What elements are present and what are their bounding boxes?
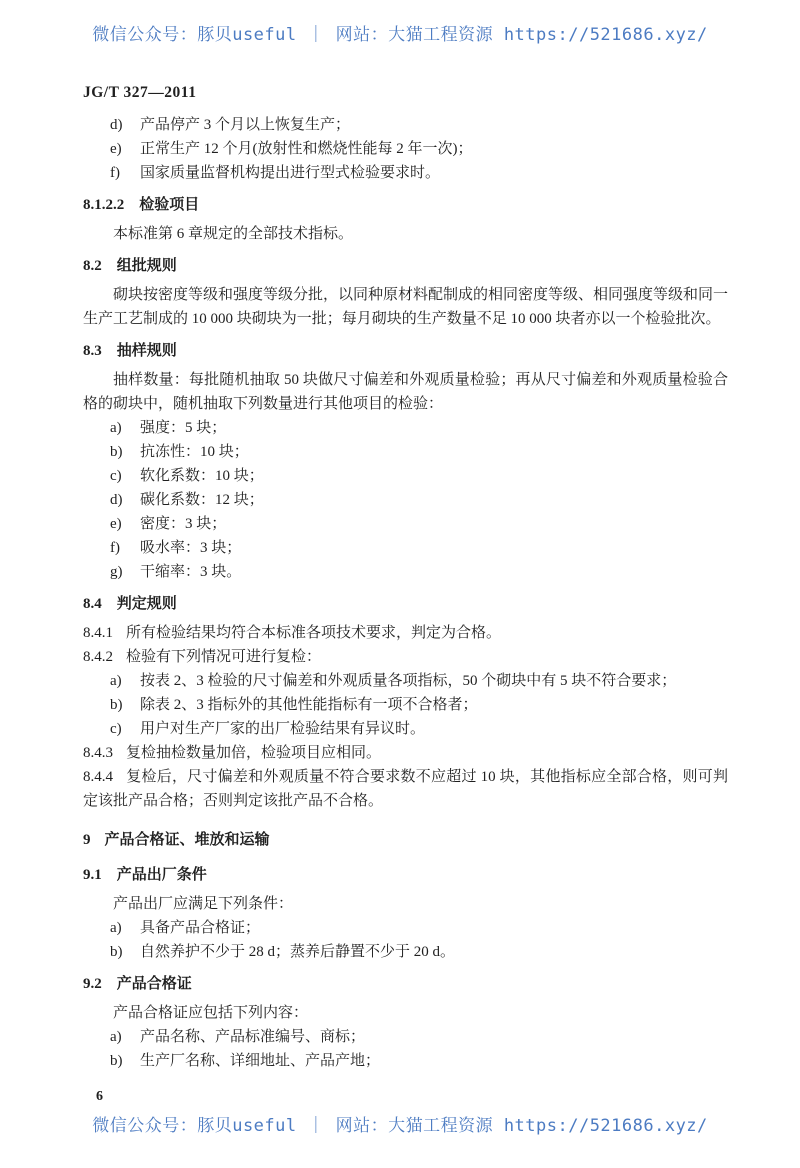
numbered-paragraph: 8.4.4复检后，尺寸偏差和外观质量不符合要求数不应超过 10 块，其他指标应全… <box>83 765 728 813</box>
text: 产品名称、产品标准编号、商标； <box>140 1029 365 1045</box>
section-number: 8.4 <box>83 596 102 612</box>
list-item: e)密度：3 块； <box>83 512 728 536</box>
item-label: a) <box>110 1025 122 1049</box>
list-item: b)抗冻性：10 块； <box>83 440 728 464</box>
text: 抗冻性：10 块； <box>140 444 249 460</box>
paragraph: 产品出厂应满足下列条件： <box>83 892 728 916</box>
document-page: 微信公众号：豚贝useful ｜ 网站：大猫工程资源 https://52168… <box>0 0 800 1168</box>
text: 复检后，尺寸偏差和外观质量不符合要求数不应超过 10 块，其他指标应全部合格，则… <box>83 769 728 809</box>
section-heading: 8.1.2.2检验项目 <box>83 193 728 217</box>
text: 按表 2、3 检验的尺寸偏差和外观质量各项指标，50 个砌块中有 5 块不符合要… <box>140 673 676 689</box>
text: 正常生产 12 个月(放射性和燃烧性能每 2 年一次)； <box>140 141 473 157</box>
item-label: a) <box>110 916 122 940</box>
chapter-heading: 9产品合格证、堆放和运输 <box>83 828 728 852</box>
paragraph: 砌块按密度等级和强度等级分批，以同种原材料配制成的相同密度等级、相同强度等级和同… <box>83 283 728 331</box>
section-title: 组批规则 <box>117 258 177 274</box>
list-item: b)除表 2、3 指标外的其他性能指标有一项不合格者； <box>83 693 728 717</box>
text: 本标准第 6 章规定的全部技术指标。 <box>113 226 353 242</box>
item-label: a) <box>110 669 122 693</box>
text: 产品出厂应满足下列条件： <box>113 896 293 912</box>
section-heading: 8.4判定规则 <box>83 592 728 616</box>
list-item: e)正常生产 12 个月(放射性和燃烧性能每 2 年一次)； <box>83 137 728 161</box>
section-number: 8.2 <box>83 258 102 274</box>
section-number: 8.4.3 <box>83 745 113 761</box>
text: 用户对生产厂家的出厂检验结果有异议时。 <box>140 721 425 737</box>
item-label: b) <box>110 940 123 964</box>
item-label: e) <box>110 137 122 161</box>
section-number: 8.1.2.2 <box>83 197 124 213</box>
item-label: b) <box>110 693 123 717</box>
numbered-paragraph: 8.4.3复检抽检数量加倍，检验项目应相同。 <box>83 741 728 765</box>
section-number: 9.1 <box>83 867 102 883</box>
text: 所有检验结果均符合本标准各项技术要求，判定为合格。 <box>126 625 501 641</box>
item-label: d) <box>110 113 123 137</box>
item-label: f) <box>110 536 120 560</box>
list-item: a)具备产品合格证； <box>83 916 728 940</box>
list-item: b)自然养护不少于 28 d；蒸养后静置不少于 20 d。 <box>83 940 728 964</box>
item-label: e) <box>110 512 122 536</box>
list-item: g)干缩率：3 块。 <box>83 560 728 584</box>
numbered-paragraph: 8.4.2检验有下列情况可进行复检： <box>83 645 728 669</box>
section-heading: 8.3抽样规则 <box>83 339 728 363</box>
section-number: 8.3 <box>83 343 102 359</box>
section-number: 8.4.1 <box>83 625 113 641</box>
list-item: a)按表 2、3 检验的尺寸偏差和外观质量各项指标，50 个砌块中有 5 块不符… <box>83 669 728 693</box>
text: 密度：3 块； <box>140 516 226 532</box>
item-label: b) <box>110 440 123 464</box>
text: 产品停产 3 个月以上恢复生产； <box>140 117 350 133</box>
page-number: 6 <box>96 1089 103 1105</box>
section-number: 8.4.2 <box>83 649 113 665</box>
list-item: d)碳化系数：12 块； <box>83 488 728 512</box>
section-heading: 9.2产品合格证 <box>83 972 728 996</box>
item-label: d) <box>110 488 123 512</box>
list-item: f)国家质量监督机构提出进行型式检验要求时。 <box>83 161 728 185</box>
section-title: 检验项目 <box>139 197 199 213</box>
item-label: b) <box>110 1049 123 1073</box>
text: 强度：5 块； <box>140 420 226 436</box>
list-item: c)软化系数：10 块； <box>83 464 728 488</box>
text: 国家质量监督机构提出进行型式检验要求时。 <box>140 165 440 181</box>
section-title: 判定规则 <box>117 596 177 612</box>
item-label: c) <box>110 464 122 488</box>
text: 抽样数量：每批随机抽取 50 块做尺寸偏差和外观质量检验；再从尺寸偏差和外观质量… <box>83 372 728 412</box>
document-body: d)产品停产 3 个月以上恢复生产；e)正常生产 12 个月(放射性和燃烧性能每… <box>83 113 728 1073</box>
item-label: g) <box>110 560 123 584</box>
item-label: a) <box>110 416 122 440</box>
section-heading: 8.2组批规则 <box>83 254 728 278</box>
list-item: a)强度：5 块； <box>83 416 728 440</box>
item-label: c) <box>110 717 122 741</box>
watermark-top: 微信公众号：豚贝useful ｜ 网站：大猫工程资源 https://52168… <box>0 20 800 45</box>
list-item: d)产品停产 3 个月以上恢复生产； <box>83 113 728 137</box>
text: 自然养护不少于 28 d；蒸养后静置不少于 20 d。 <box>140 944 455 960</box>
text: 软化系数：10 块； <box>140 468 264 484</box>
text: 吸水率：3 块； <box>140 540 241 556</box>
section-title: 产品合格证 <box>117 976 192 992</box>
standard-number-header: JG/T 327—2011 <box>83 84 196 102</box>
list-item: a)产品名称、产品标准编号、商标； <box>83 1025 728 1049</box>
paragraph: 产品合格证应包括下列内容： <box>83 1001 728 1025</box>
watermark-bottom: 微信公众号：豚贝useful ｜ 网站：大猫工程资源 https://52168… <box>0 1111 800 1136</box>
section-number: 8.4.4 <box>83 769 113 785</box>
paragraph: 本标准第 6 章规定的全部技术指标。 <box>83 222 728 246</box>
section-number: 9 <box>83 832 91 848</box>
section-number: 9.2 <box>83 976 102 992</box>
text: 除表 2、3 指标外的其他性能指标有一项不合格者； <box>140 697 478 713</box>
text: 砌块按密度等级和强度等级分批，以同种原材料配制成的相同密度等级、相同强度等级和同… <box>83 287 728 327</box>
section-title: 产品合格证、堆放和运输 <box>105 832 270 848</box>
text: 碳化系数：12 块； <box>140 492 264 508</box>
text: 复检抽检数量加倍，检验项目应相同。 <box>126 745 381 761</box>
text: 产品合格证应包括下列内容： <box>113 1005 308 1021</box>
list-item: f)吸水率：3 块； <box>83 536 728 560</box>
list-item: c)用户对生产厂家的出厂检验结果有异议时。 <box>83 717 728 741</box>
section-heading: 9.1产品出厂条件 <box>83 863 728 887</box>
text: 检验有下列情况可进行复检： <box>126 649 321 665</box>
item-label: f) <box>110 161 120 185</box>
text: 生产厂名称、详细地址、产品产地； <box>140 1053 380 1069</box>
text: 具备产品合格证； <box>140 920 260 936</box>
numbered-paragraph: 8.4.1所有检验结果均符合本标准各项技术要求，判定为合格。 <box>83 621 728 645</box>
section-title: 抽样规则 <box>117 343 177 359</box>
list-item: b)生产厂名称、详细地址、产品产地； <box>83 1049 728 1073</box>
section-title: 产品出厂条件 <box>117 867 207 883</box>
paragraph: 抽样数量：每批随机抽取 50 块做尺寸偏差和外观质量检验；再从尺寸偏差和外观质量… <box>83 368 728 416</box>
text: 干缩率：3 块。 <box>140 564 241 580</box>
